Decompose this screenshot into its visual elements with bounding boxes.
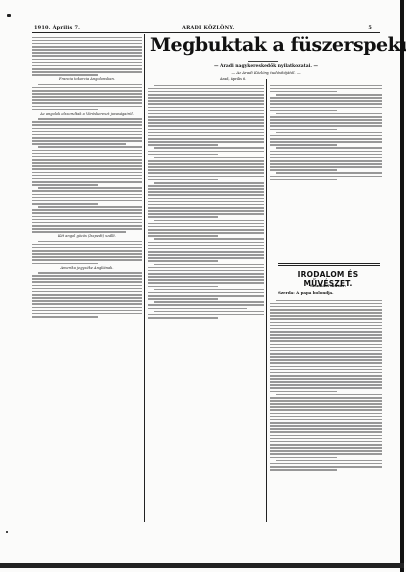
headline-rule: [248, 61, 278, 62]
section-rule: [278, 265, 380, 266]
program-line: Szerda: A papa bolondja.: [278, 290, 378, 295]
article-dateline: Arad, április 6.: [220, 77, 246, 81]
article-headline: Megbuktak a füszerspekulánsok.: [150, 34, 382, 56]
column-divider: [266, 79, 267, 522]
article-byline: — Az Aradi Közlöny tudósítójától. —: [150, 70, 382, 75]
left-column: Francia tokorcia Angolonsban. Az angolok…: [32, 35, 142, 319]
right-column-article: [270, 83, 382, 182]
middle-column: [148, 83, 264, 320]
subhead: Francia tokorcia Angolonsban.: [32, 77, 142, 82]
section-rule: [278, 263, 380, 264]
subhead: Amerika jegyzéke Angliának.: [32, 266, 142, 271]
right-column-section: [270, 298, 382, 472]
subhead: Az angolok elszorultak a Vöröskereszt ja…: [32, 112, 142, 117]
scan-speck: [6, 531, 8, 533]
scan-edge-bottom: [0, 563, 404, 568]
article-subtitle: — Aradi nagykereskedők nyilatkozatai. —: [150, 64, 382, 69]
issue-date: 1910. Április 7.: [34, 25, 80, 31]
header-rule: [32, 32, 380, 33]
page-number: 5: [368, 25, 372, 31]
column-divider: [144, 34, 145, 522]
subhead: Két angol gözös (Iszpedt) szállt.: [32, 234, 142, 239]
scan-edge-right: [400, 0, 404, 572]
newspaper-page: 1910. Április 7. ARADI KÖZLÖNY. 5 Franci…: [0, 0, 406, 572]
newspaper-title: ARADI KÖZLÖNY.: [182, 25, 234, 31]
section-subtitle: Színházi műsor:: [272, 283, 384, 288]
scan-speck: [7, 14, 11, 17]
